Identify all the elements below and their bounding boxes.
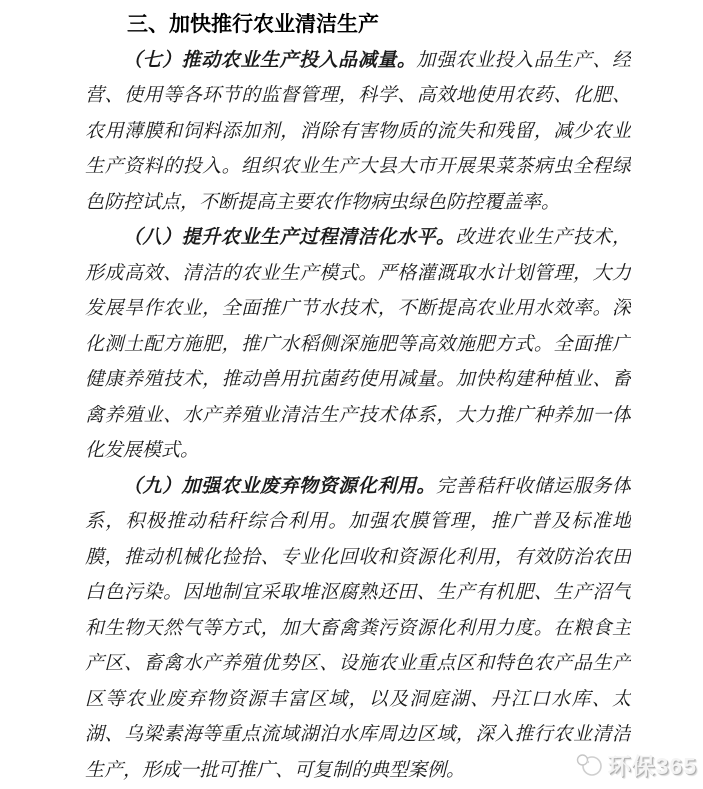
text-line: 健康养殖技术，推动兽用抗菌药使用减量。加快构建种植业、畜 [85,362,631,398]
text-line: 区等农业废弃物资源丰富区域，以及洞庭湖、丹江口水库、太 [85,682,631,718]
text-line: （九）加强农业废弃物资源化利用。完善秸秆收储运服务体 [85,469,631,505]
paragraph-lead-rest: 加强农业投入品生产、经 [416,50,631,71]
overlapping-circles-logo-icon [575,751,603,779]
paragraph-lead-bold: （八）提升农业生产过程清洁化水平。 [123,227,456,248]
text-line: 生产，形成一批可推广、可复制的典型案例。 [85,753,631,789]
text-line: 膜，推动机械化捡拾、专业化回收和资源化利用，有效防治农田 [85,540,631,576]
paragraph-nine: （九）加强农业废弃物资源化利用。完善秸秆收储运服务体 系，积极推动秸秆综合利用。… [85,469,631,789]
text-line: 湖、乌梁素海等重点流域湖泊水库周边区域，深入推行农业清洁 [85,717,631,753]
text-line: 形成高效、清洁的农业生产模式。严格灌溉取水计划管理，大力 [85,256,631,292]
text-line: （八）提升农业生产过程清洁化水平。改进农业生产技术， [85,220,631,256]
text-line: 营、使用等各环节的监督管理，科学、高效地使用农药、化肥、 [85,78,631,114]
paragraph-eight: （八）提升农业生产过程清洁化水平。改进农业生产技术， 形成高效、清洁的农业生产模… [85,220,631,469]
text-line: 农用薄膜和饲料添加剂，消除有害物质的流失和残留，减少农业 [85,114,631,150]
section-heading: 三、加快推行农业清洁生产 [85,7,631,43]
text-line: 色防控试点，不断提高主要农作物病虫绿色防控覆盖率。 [85,185,631,221]
paragraph-lead-rest: 完善秸秆收储运服务体 [436,476,631,497]
text-line: 白色污染。因地制宜采取堆沤腐熟还田、生产有机肥、生产沼气 [85,575,631,611]
text-line: 禽养殖业、水产养殖业清洁生产技术体系，大力推广种养加一体 [85,398,631,434]
text-line: 系，积极推动秸秆综合利用。加强农膜管理，推广普及标准地 [85,504,631,540]
text-line: 发展旱作农业，全面推广节水技术，不断提高农业用水效率。深 [85,291,631,327]
text-line: 产区、畜禽水产养殖优势区、设施农业重点区和特色农产品生产 [85,646,631,682]
paragraph-lead-rest: 改进农业生产技术， [456,227,631,248]
paragraph-seven: （七）推动农业生产投入品减量。加强农业投入品生产、经 营、使用等各环节的监督管理… [85,43,631,221]
text-line: 化发展模式。 [85,433,631,469]
paragraph-lead-bold: （九）加强农业废弃物资源化利用。 [123,476,436,497]
watermark: 环保365 [575,748,697,781]
text-line: （七）推动农业生产投入品减量。加强农业投入品生产、经 [85,43,631,79]
watermark-text: 环保365 [608,748,697,781]
text-line: 生产资料的投入。组织农业生产大县大市开展果菜茶病虫全程绿 [85,149,631,185]
text-line: 和生物天然气等方式，加大畜禽粪污资源化利用力度。在粮食主 [85,611,631,647]
text-line: 化测土配方施肥，推广水稻侧深施肥等高效施肥方式。全面推广 [85,327,631,363]
document-page: 三、加快推行农业清洁生产 （七）推动农业生产投入品减量。加强农业投入品生产、经 … [0,0,703,789]
paragraph-lead-bold: （七）推动农业生产投入品减量。 [123,50,416,71]
